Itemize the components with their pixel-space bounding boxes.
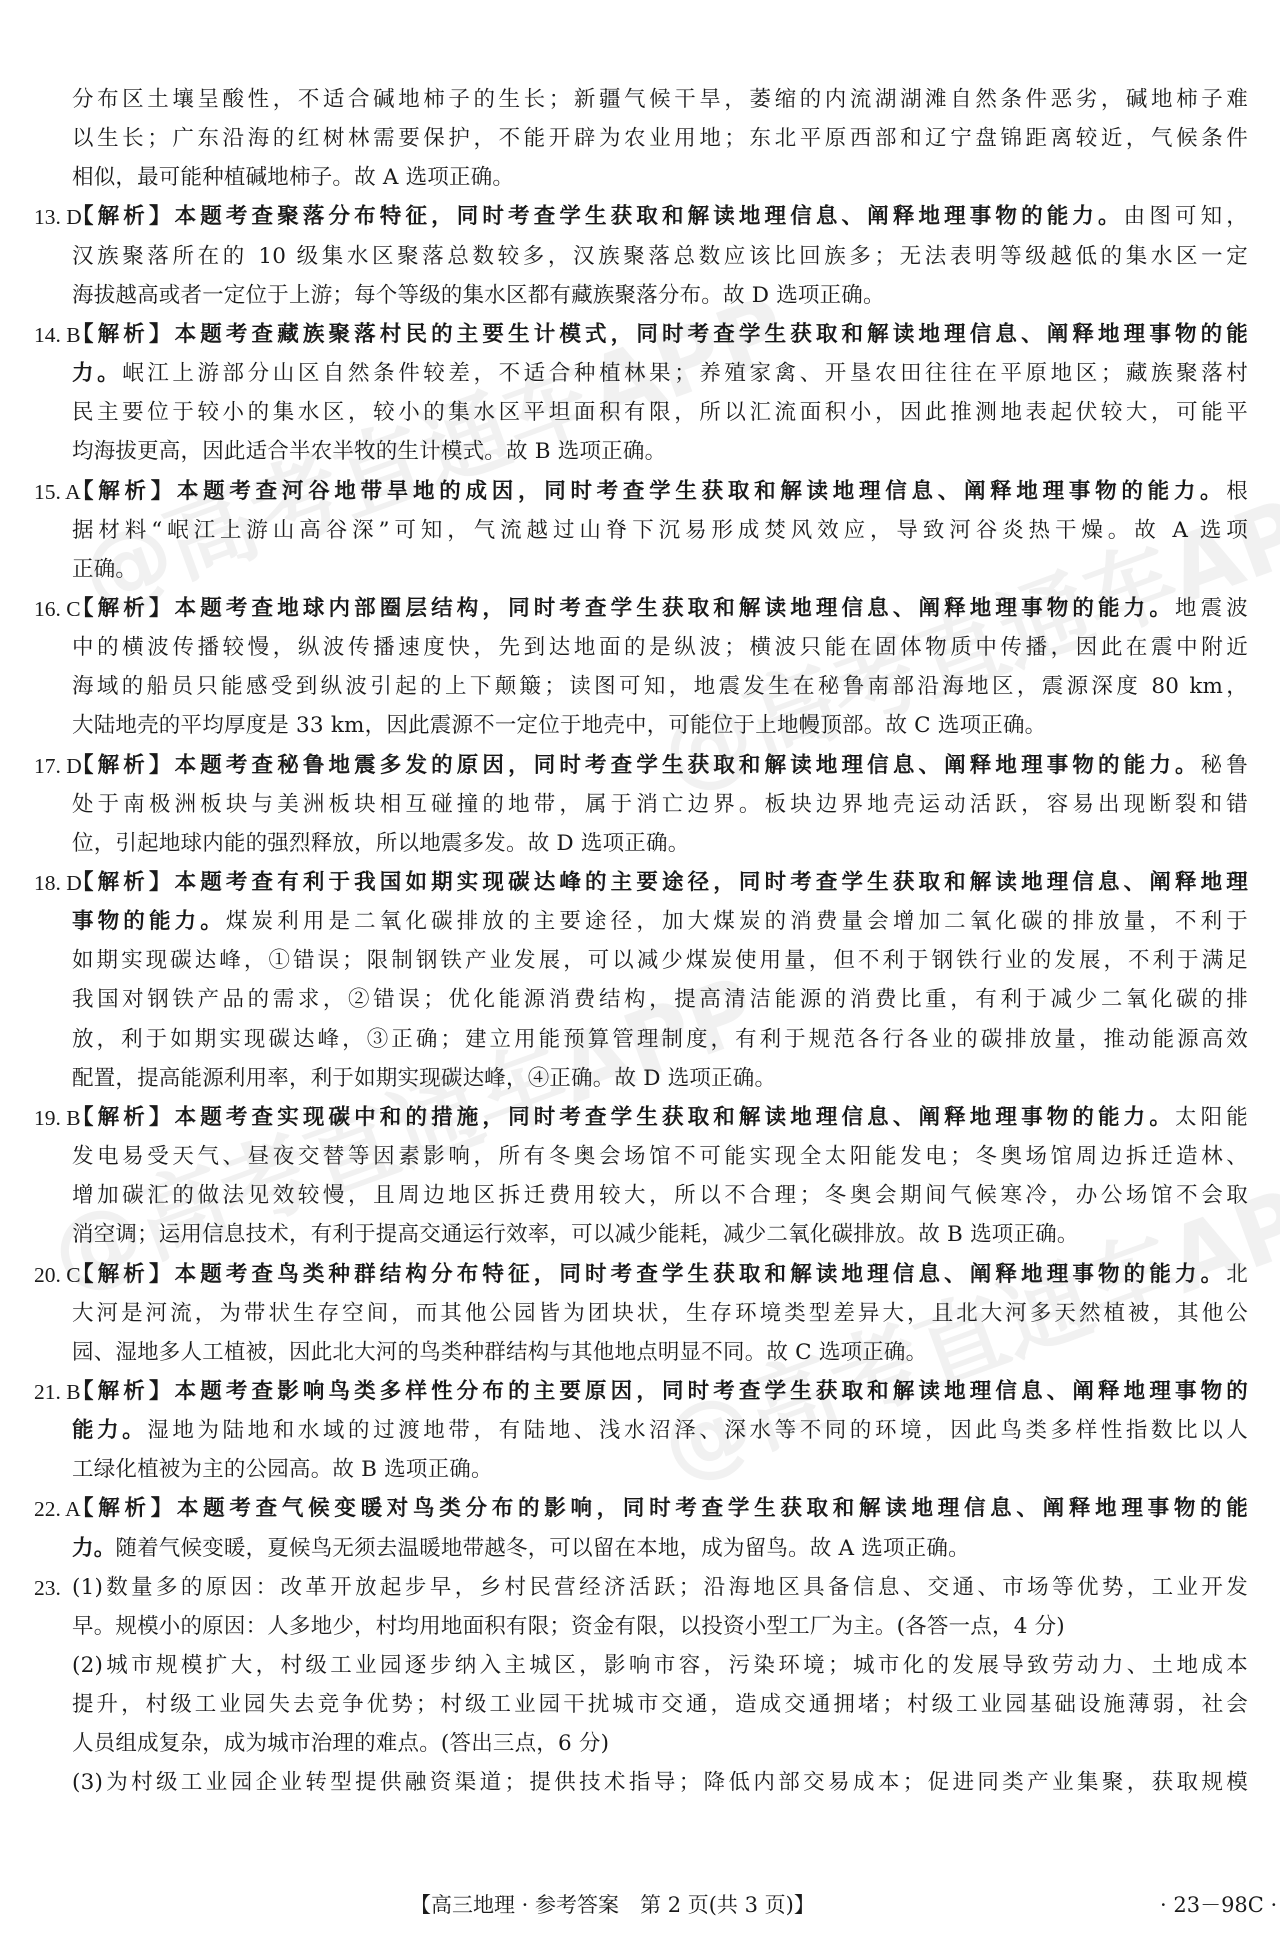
analysis-text: 增加碳汇的做法见效较慢，且周边地区拆迁费用较大，所以不合理；冬奥会期间气候寒冷，…: [72, 1183, 1248, 1208]
text-line: 早。规模小的原因：人多地少，村均用地面积有限；资金有限，以投资小型工厂为主。(各…: [72, 1612, 1248, 1642]
text-line: 【解析】本题考查地球内部圈层结构，同时考查学生获取和解读地理信息、阐释地理事物的…: [72, 594, 1248, 624]
analysis-text: 北: [1226, 1262, 1248, 1287]
text-line: 以生长；广东沿海的红树林需要保护，不能开辟为农业用地；东北平原西部和辽宁盘锦距离…: [72, 124, 1248, 154]
analysis-text: 配置，提高能源利用率，利于如期实现碳达峰，④正确。故 D 选项正确。: [72, 1066, 776, 1091]
text-line: 工绿化植被为主的公园高。故 B 选项正确。: [72, 1455, 1248, 1485]
analysis-heading: 【解析】本题考查气候变暖对鸟类分布的影响，同时考查学生获取和解读地理信息、阐释地…: [72, 1496, 1248, 1521]
analysis-text: 相似，最可能种植碱地柿子。故 A 选项正确。: [72, 165, 514, 190]
analysis-heading: 力。: [72, 1536, 115, 1561]
question-number: 16. C: [34, 594, 70, 624]
analysis-text: 处于南极洲板块与美洲板块相互碰撞的地带，属于消亡边界。板块边界地壳运动活跃，容易…: [72, 792, 1248, 817]
analysis-text: 由图可知，: [1124, 204, 1248, 229]
analysis-text: 如期实现碳达峰，①错误；限制钢铁产业发展，可以减少煤炭使用量，但不利于钢铁行业的…: [72, 948, 1248, 973]
analysis-text: (2)城市规模扩大，村级工业园逐步纳入主城区，影响市容，污染环境；城市化的发展导…: [72, 1653, 1248, 1678]
analysis-text: 早。规模小的原因：人多地少，村均用地面积有限；资金有限，以投资小型工厂为主。(各…: [72, 1614, 1065, 1639]
question-number: 21. B: [34, 1377, 70, 1407]
text-line: 中的横波传播较慢，纵波传播速度快，先到达地面的是纵波；横波只能在固体物质中传播，…: [72, 633, 1248, 663]
analysis-text: 大陆地壳的平均厚度是 33 km，因此震源不一定位于地壳中，可能位于上地幔顶部。…: [72, 713, 1046, 738]
analysis-text: 园、湿地多人工植被，因此北大河的鸟类种群结构与其他地点明显不同。故 C 选项正确…: [72, 1340, 927, 1365]
analysis-text: 海域的船员只能感受到纵波引起的上下颠簸；读图可知，地震发生在秘鲁南部沿海地区，震…: [72, 674, 1248, 699]
analysis-text: 中的横波传播较慢，纵波传播速度快，先到达地面的是纵波；横波只能在固体物质中传播，…: [72, 635, 1248, 660]
question-number: 14. B: [34, 320, 70, 350]
text-line: 放，利于如期实现碳达峰，③正确；建立用能预算管理制度，有利于规范各行各业的碳排放…: [72, 1025, 1248, 1055]
analysis-text: 发电易受天气、昼夜交替等因素影响，所有冬奥会场馆不可能实现全太阳能发电；冬奥场馆…: [72, 1144, 1248, 1169]
analysis-heading: 【解析】本题考查秘鲁地震多发的原因，同时考查学生获取和解读地理信息、阐释地理事物…: [72, 753, 1201, 778]
analysis-text: 均海拔更高，因此适合半农半牧的生计模式。故 B 选项正确。: [72, 439, 666, 464]
analysis-text: 随着气候变暖，夏候鸟无须去温暖地带越冬，可以留在本地，成为留鸟。故 A 选项正确…: [115, 1536, 969, 1561]
text-line: 事物的能力。煤炭利用是二氧化碳排放的主要途径，加大煤炭的消费量会增加二氧化碳的排…: [72, 907, 1248, 937]
question-number: 13. D: [34, 202, 70, 232]
text-line: 汉族聚落所在的 10 级集水区聚落总数较多，汉族聚落总数应该比回族多；无法表明等…: [72, 242, 1248, 272]
analysis-text: 根: [1226, 479, 1248, 504]
text-line: 提升，村级工业园失去竞争优势；村级工业园干扰城市交通，造成交通拥堵；村级工业园基…: [72, 1690, 1248, 1720]
analysis-text: 湿地为陆地和水域的过渡地带，有陆地、浅水沼泽、深水等不同的环境，因此鸟类多样性指…: [147, 1418, 1248, 1443]
text-line: 【解析】本题考查有利于我国如期实现碳达峰的主要途径，同时考查学生获取和解读地理信…: [72, 868, 1248, 898]
analysis-text: 工绿化植被为主的公园高。故 B 选项正确。: [72, 1457, 493, 1482]
text-line: 处于南极洲板块与美洲板块相互碰撞的地带，属于消亡边界。板块边界地壳运动活跃，容易…: [72, 790, 1248, 820]
text-line: 大河是河流，为带状生存空间，而其他公园皆为团块状，生存环境类型差异大，且北大河多…: [72, 1299, 1248, 1329]
text-line: 海域的船员只能感受到纵波引起的上下颠簸；读图可知，地震发生在秘鲁南部沿海地区，震…: [72, 672, 1248, 702]
analysis-heading: 【解析】本题考查有利于我国如期实现碳达峰的主要途径，同时考查学生获取和解读地理信…: [72, 870, 1248, 895]
analysis-heading: 【解析】本题考查藏族聚落村民的主要生计模式，同时考查学生获取和解读地理信息、阐释…: [72, 322, 1248, 347]
analysis-heading: 【解析】本题考查聚落分布特征，同时考查学生获取和解读地理信息、阐释地理事物的能力…: [72, 204, 1124, 229]
text-line: 园、湿地多人工植被，因此北大河的鸟类种群结构与其他地点明显不同。故 C 选项正确…: [72, 1338, 1248, 1368]
text-line: 人员组成复杂，成为城市治理的难点。(答出三点，6 分): [72, 1729, 1248, 1759]
text-line: 【解析】本题考查鸟类种群结构分布特征，同时考查学生获取和解读地理信息、阐释地理事…: [72, 1260, 1248, 1290]
analysis-heading: 【解析】本题考查实现碳中和的措施，同时考查学生获取和解读地理信息、阐释地理事物的…: [72, 1105, 1175, 1130]
text-line: (2)城市规模扩大，村级工业园逐步纳入主城区，影响市容，污染环境；城市化的发展导…: [72, 1651, 1248, 1681]
text-line: 分布区土壤呈酸性，不适合碱地柿子的生长；新疆气候干旱，萎缩的内流湖湖滩自然条件恶…: [72, 85, 1248, 115]
text-line: 【解析】本题考查秘鲁地震多发的原因，同时考查学生获取和解读地理信息、阐释地理事物…: [72, 751, 1248, 781]
page-footer: 【高三地理 · 参考答案 第 2 页(共 3 页)】 · 23－98C ·: [0, 1890, 1280, 1920]
text-line: 增加碳汇的做法见效较慢，且周边地区拆迁费用较大，所以不合理；冬奥会期间气候寒冷，…: [72, 1181, 1248, 1211]
analysis-heading: 【解析】本题考查地球内部圈层结构，同时考查学生获取和解读地理信息、阐释地理事物的…: [72, 596, 1175, 621]
text-line: 大陆地壳的平均厚度是 33 km，因此震源不一定位于地壳中，可能位于上地幔顶部。…: [72, 711, 1248, 741]
analysis-text: 我国对钢铁产品的需求，②错误；优化能源消费结构，提高清洁能源的消费比重，有利于减…: [72, 987, 1248, 1012]
document-page: @高考直通车APP @高考直通车APP @高考直通车APP @高考直通车APP …: [0, 0, 1280, 1949]
analysis-text: 太阳能: [1175, 1105, 1248, 1130]
text-line: 位，引起地球内能的强烈释放，所以地震多发。故 D 选项正确。: [72, 829, 1248, 859]
analysis-heading: 【解析】本题考查影响鸟类多样性分布的主要原因，同时考查学生获取和解读地理信息、阐…: [72, 1379, 1248, 1404]
analysis-heading: 【解析】本题考查鸟类种群结构分布特征，同时考查学生获取和解读地理信息、阐释地理事…: [72, 1262, 1226, 1287]
text-line: 我国对钢铁产品的需求，②错误；优化能源消费结构，提高清洁能源的消费比重，有利于减…: [72, 985, 1248, 1015]
text-line: 能力。湿地为陆地和水域的过渡地带，有陆地、浅水沼泽、深水等不同的环境，因此鸟类多…: [72, 1416, 1248, 1446]
analysis-text: 民主要位于较小的集水区，较小的集水区平坦面积有限，所以汇流面积小，因此推测地表起…: [72, 400, 1248, 425]
analysis-heading: 事物的能力。: [72, 909, 226, 934]
question-number: 15. A: [34, 477, 70, 507]
analysis-text: 汉族聚落所在的 10 级集水区聚落总数较多，汉族聚落总数应该比回族多；无法表明等…: [72, 244, 1248, 269]
analysis-text: 岷江上游部分山区自然条件较差，不适合种植林果；养殖家禽、开垦农田往往在平原地区；…: [122, 361, 1248, 386]
text-line: 【解析】本题考查气候变暖对鸟类分布的影响，同时考查学生获取和解读地理信息、阐释地…: [72, 1494, 1248, 1524]
text-line: 相似，最可能种植碱地柿子。故 A 选项正确。: [72, 163, 1248, 193]
analysis-text: 消空调；运用信息技术，有利于提高交通运行效率，可以减少能耗，减少二氧化碳排放。故…: [72, 1222, 1079, 1247]
question-number: 20. C: [34, 1260, 70, 1290]
text-line: 【解析】本题考查河谷地带旱地的成因，同时考查学生获取和解读地理信息、阐释地理事物…: [72, 477, 1248, 507]
text-line: 【解析】本题考查藏族聚落村民的主要生计模式，同时考查学生获取和解读地理信息、阐释…: [72, 320, 1248, 350]
analysis-heading: 力。: [72, 361, 122, 386]
question-number: 17. D: [34, 751, 70, 781]
analysis-text: 大河是河流，为带状生存空间，而其他公园皆为团块状，生存环境类型差异大，且北大河多…: [72, 1301, 1248, 1326]
text-line: 正确。: [72, 555, 1248, 585]
text-line: 海拔越高或者一定位于上游；每个等级的集水区都有藏族聚落分布。故 D 选项正确。: [72, 281, 1248, 311]
analysis-text: 海拔越高或者一定位于上游；每个等级的集水区都有藏族聚落分布。故 D 选项正确。: [72, 283, 885, 308]
text-line: 据材料“岷江上游山高谷深”可知，气流越过山脊下沉易形成焚风效应，导致河谷炎热干燥…: [72, 516, 1248, 546]
analysis-text: 以生长；广东沿海的红树林需要保护，不能开辟为农业用地；东北平原西部和辽宁盘锦距离…: [72, 126, 1248, 151]
text-line: 力。岷江上游部分山区自然条件较差，不适合种植林果；养殖家禽、开垦农田往往在平原地…: [72, 359, 1248, 389]
analysis-text: 地震波: [1175, 596, 1248, 621]
text-line: 民主要位于较小的集水区，较小的集水区平坦面积有限，所以汇流面积小，因此推测地表起…: [72, 398, 1248, 428]
analysis-text: 分布区土壤呈酸性，不适合碱地柿子的生长；新疆气候干旱，萎缩的内流湖湖滩自然条件恶…: [72, 87, 1248, 112]
question-number: 22. A: [34, 1494, 70, 1524]
analysis-text: 放，利于如期实现碳达峰，③正确；建立用能预算管理制度，有利于规范各行各业的碳排放…: [72, 1027, 1248, 1052]
analysis-text: 提升，村级工业园失去竞争优势；村级工业园干扰城市交通，造成交通拥堵；村级工业园基…: [72, 1692, 1248, 1717]
analysis-text: 煤炭利用是二氧化碳排放的主要途径，加大煤炭的消费量会增加二氧化碳的排放量，不利于: [226, 909, 1248, 934]
analysis-text: 据材料“岷江上游山高谷深”可知，气流越过山脊下沉易形成焚风效应，导致河谷炎热干燥…: [72, 518, 1248, 543]
analysis-text: 人员组成复杂，成为城市治理的难点。(答出三点，6 分): [72, 1731, 609, 1756]
footer-title: 【高三地理 · 参考答案 第 2 页(共 3 页)】: [410, 1890, 815, 1920]
text-line: 力。随着气候变暖，夏候鸟无须去温暖地带越冬，可以留在本地，成为留鸟。故 A 选项…: [72, 1534, 1248, 1564]
text-line: 均海拔更高，因此适合半农半牧的生计模式。故 B 选项正确。: [72, 437, 1248, 467]
text-line: (3)为村级工业园企业转型提供融资渠道；提供技术指导；降低内部交易成本；促进同类…: [72, 1768, 1248, 1798]
text-line: 【解析】本题考查影响鸟类多样性分布的主要原因，同时考查学生获取和解读地理信息、阐…: [72, 1377, 1248, 1407]
text-line: 【解析】本题考查实现碳中和的措施，同时考查学生获取和解读地理信息、阐释地理事物的…: [72, 1103, 1248, 1133]
text-line: 发电易受天气、昼夜交替等因素影响，所有冬奥会场馆不可能实现全太阳能发电；冬奥场馆…: [72, 1142, 1248, 1172]
analysis-text: (3)为村级工业园企业转型提供融资渠道；提供技术指导；降低内部交易成本；促进同类…: [72, 1770, 1248, 1795]
analysis-text: 位，引起地球内能的强烈释放，所以地震多发。故 D 选项正确。: [72, 831, 689, 856]
question-number: 18. D: [34, 868, 70, 898]
analysis-heading: 能力。: [72, 1418, 147, 1443]
analysis-text: 正确。: [72, 557, 137, 582]
analysis-text: (1)数量多的原因：改革开放起步早，乡村民营经济活跃；沿海地区具备信息、交通、市…: [72, 1575, 1248, 1600]
question-number: 19. B: [34, 1103, 70, 1133]
analysis-heading: 【解析】本题考查河谷地带旱地的成因，同时考查学生获取和解读地理信息、阐释地理事物…: [72, 479, 1226, 504]
text-line: 配置，提高能源利用率，利于如期实现碳达峰，④正确。故 D 选项正确。: [72, 1064, 1248, 1094]
text-line: 如期实现碳达峰，①错误；限制钢铁产业发展，可以减少煤炭使用量，但不利于钢铁行业的…: [72, 946, 1248, 976]
text-line: 消空调；运用信息技术，有利于提高交通运行效率，可以减少能耗，减少二氧化碳排放。故…: [72, 1220, 1248, 1250]
question-number: 23.: [34, 1573, 70, 1603]
text-line: 【解析】本题考查聚落分布特征，同时考查学生获取和解读地理信息、阐释地理事物的能力…: [72, 202, 1248, 232]
footer-code: · 23－98C ·: [1160, 1890, 1277, 1920]
analysis-text: 秘鲁: [1201, 753, 1248, 778]
text-line: (1)数量多的原因：改革开放起步早，乡村民营经济活跃；沿海地区具备信息、交通、市…: [72, 1573, 1248, 1603]
